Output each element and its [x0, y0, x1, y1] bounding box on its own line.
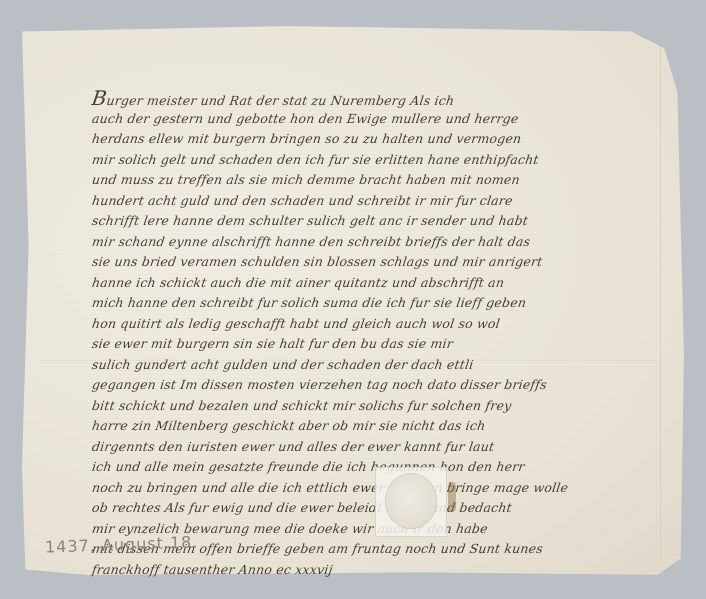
- text-line: sie ewer mit burgern sin sie halt fur de…: [91, 334, 654, 355]
- text-line: sulich gundert acht gulden und der schad…: [91, 355, 654, 376]
- text-line: schrifft lere hanne dem schulter sulich …: [91, 211, 654, 232]
- handwritten-text-block: Burger meister und Rat der stat zu Nurem…: [92, 88, 652, 580]
- text-line: und muss zu treffen als sie mich demme b…: [91, 170, 654, 191]
- text-line: herdans ellew mit burgern bringen so zu …: [91, 129, 654, 150]
- text-line: dirgennts den iuristen ewer und alles de…: [91, 437, 654, 458]
- text-line: hon quitirt als ledig geschafft habt und…: [91, 314, 654, 335]
- text-line: gegangen ist Im dissen mosten vierzehen …: [91, 375, 654, 396]
- seal-impression-icon: [386, 474, 436, 528]
- text-line: mir solich gelt und schaden den ich fur …: [91, 150, 654, 171]
- text-line: ich und alle mein gesatzte freunde die i…: [91, 457, 654, 478]
- text-line: mich hanne den schreibt fur solich suma …: [91, 293, 654, 314]
- wax-stain: [448, 482, 456, 512]
- text-line: franckhoff tausenther Anno ec xxxvij: [91, 560, 654, 581]
- text-line: hundert acht guld und den schaden und sc…: [91, 191, 654, 212]
- text-line: bitt schickt und bezalen und schickt mir…: [91, 396, 654, 417]
- text-line: sie uns bried veramen schulden sin bloss…: [91, 252, 654, 273]
- text-line: Burger meister und Rat der stat zu Nurem…: [91, 88, 654, 109]
- fold-line-vertical: [660, 40, 661, 560]
- text-line: mir schand eynne alschrifft hanne den sc…: [91, 232, 654, 253]
- text-line: harre zin Miltenberg geschickt aber ob m…: [91, 416, 654, 437]
- text-line: noch zu bringen und alle die ich ettlich…: [91, 478, 654, 499]
- wax-seal: [375, 467, 447, 537]
- text-line: hanne ich schickt auch die mit ainer qui…: [91, 273, 654, 294]
- text-line: ob rechtes Als fur ewig und die ewer bel…: [91, 498, 654, 519]
- text-line: auch der gestern und gebotte hon den Ewi…: [91, 109, 654, 130]
